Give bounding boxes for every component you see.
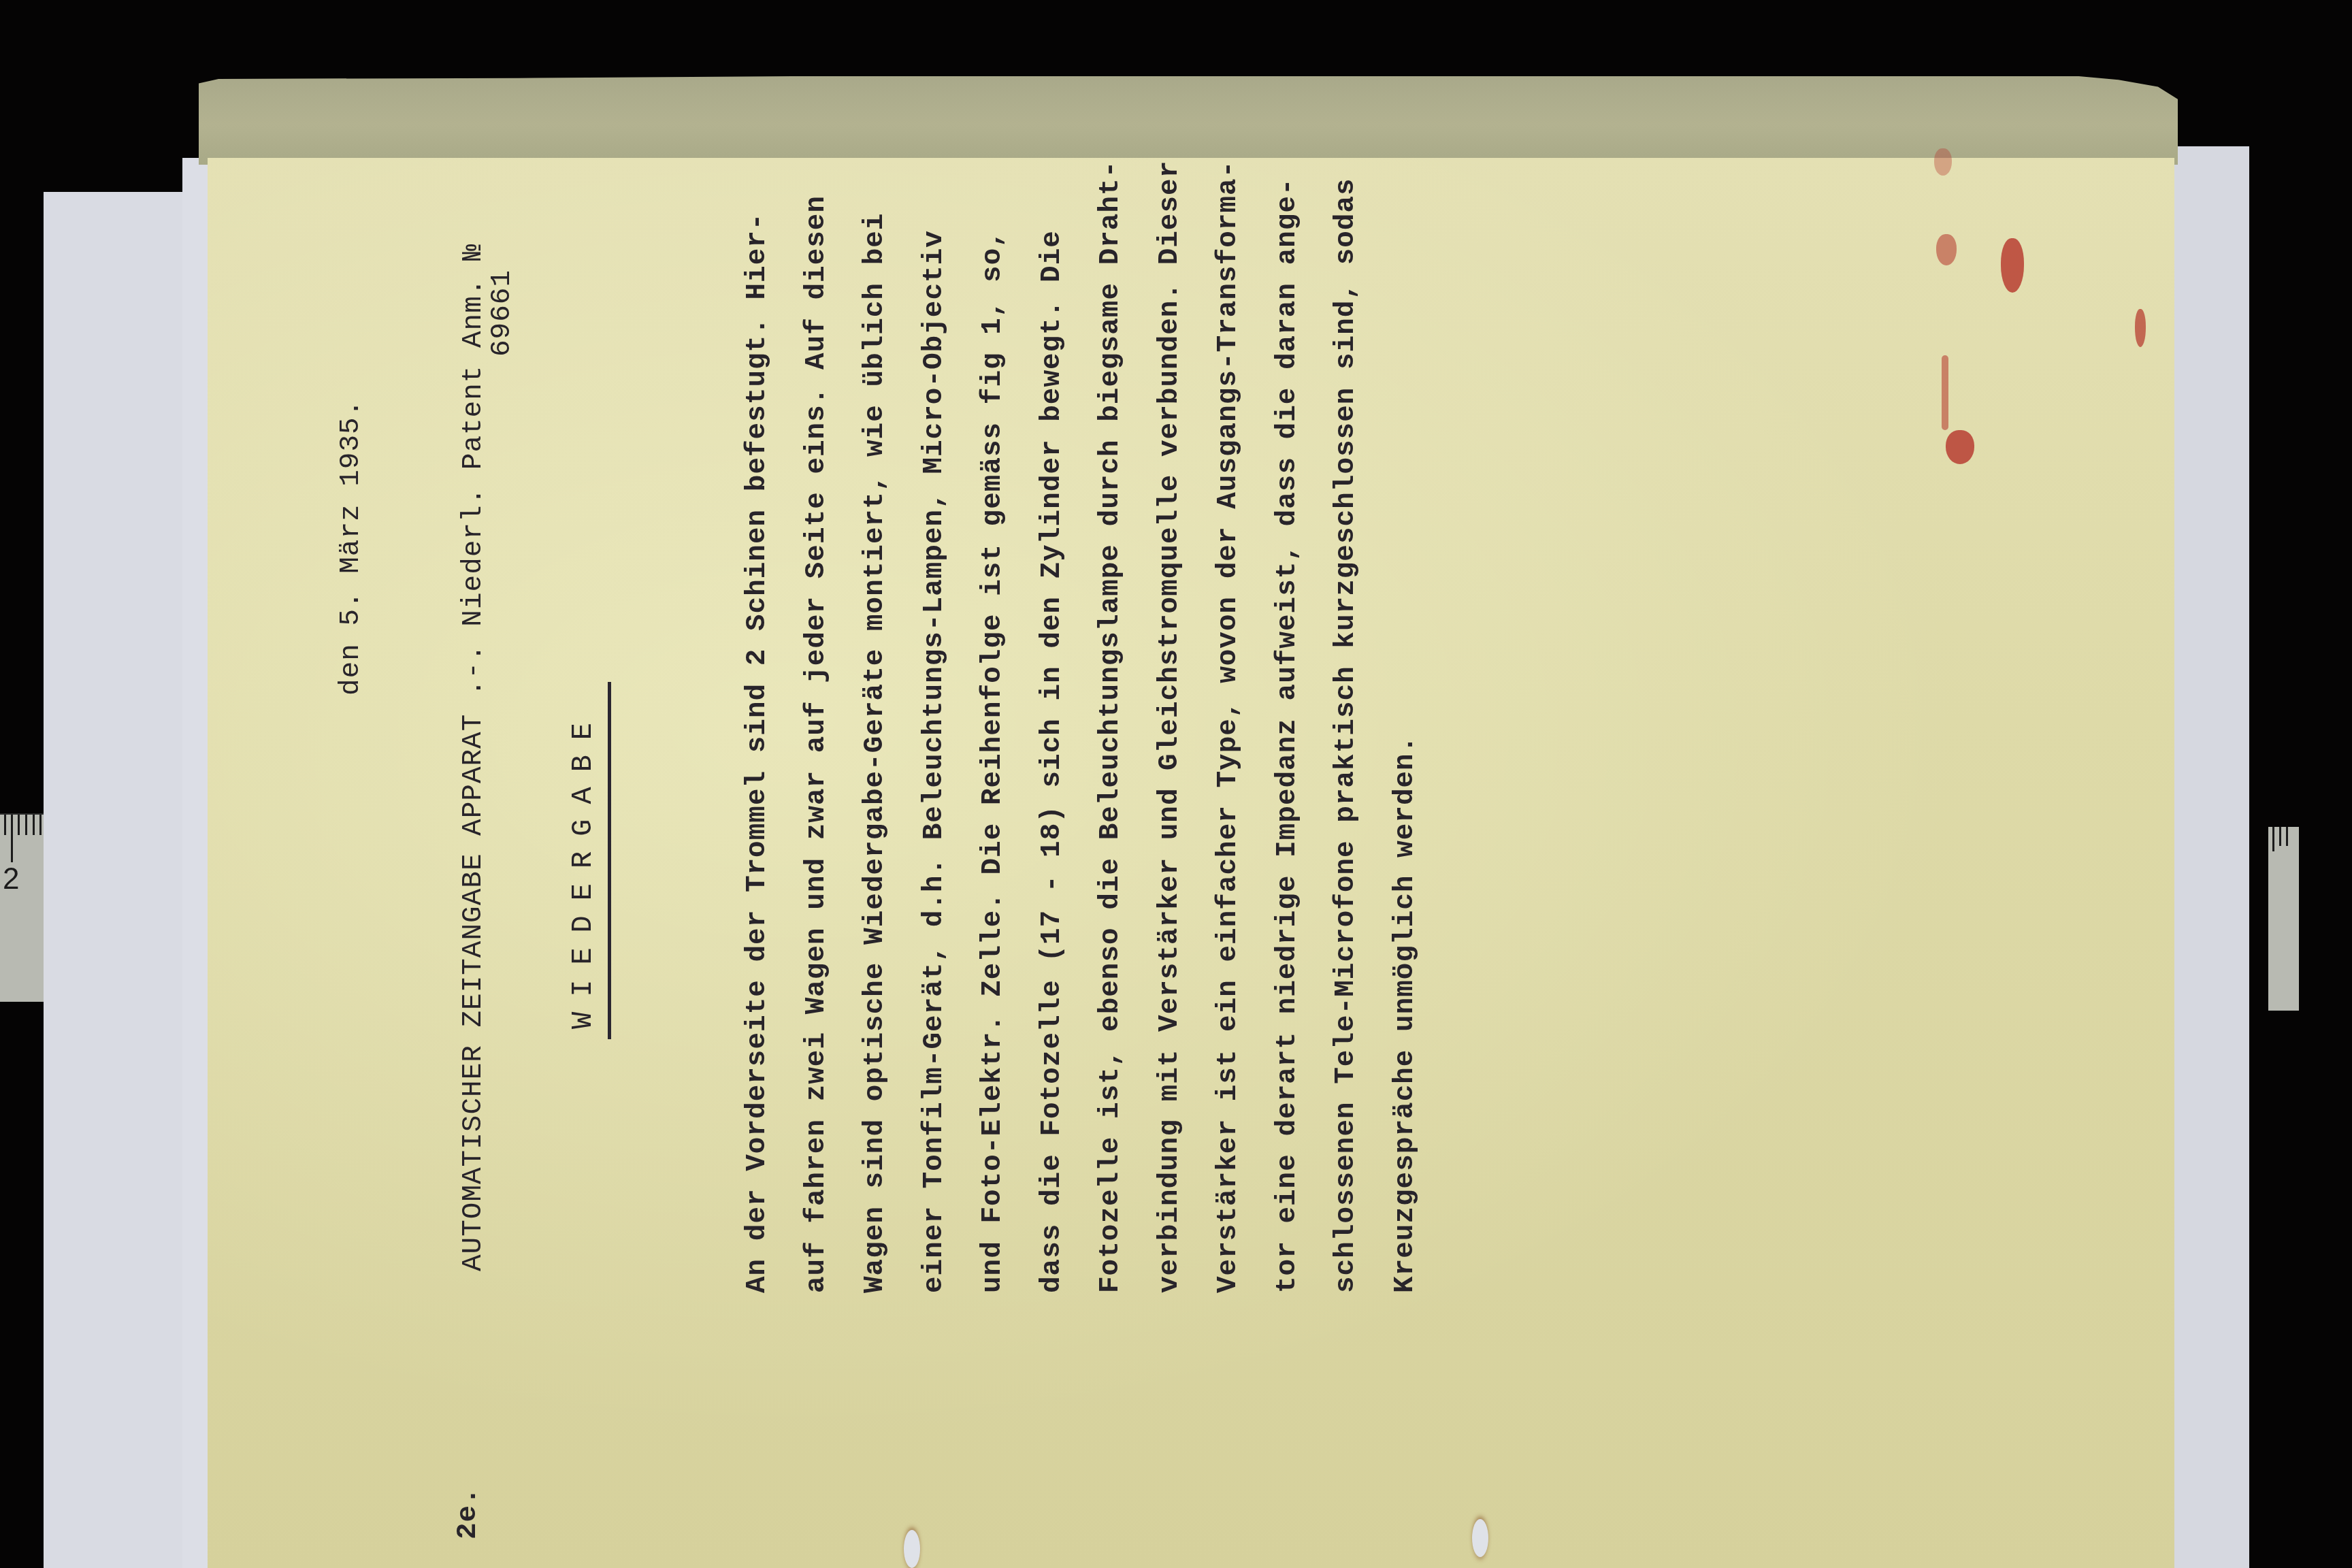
body-line: auf fahren zwei Wagen und zwar auf jeder… (801, 195, 832, 1293)
document-title: AUTOMATISCHER ZEITANGABE APPARAT .-. Nie… (458, 243, 489, 1271)
ruler-tick (33, 815, 35, 835)
red-stain (1936, 234, 1957, 265)
section-heading: WIEDERGABE (567, 708, 600, 1029)
typewritten-page: 2e. den 5. März 1935. AUTOMATISCHER ZEIT… (208, 158, 2174, 1568)
backing-card-right (2171, 146, 2249, 1568)
punch-hole (904, 1530, 920, 1568)
red-stain (1942, 355, 1948, 430)
body-line: tor eine derart niedrige Impedanz aufwei… (1272, 178, 1303, 1293)
red-stain (2001, 238, 2024, 293)
backing-card-left (44, 192, 186, 1568)
scale-ruler-left: 2 (0, 813, 44, 1002)
body-line: dass die Fotozelle (17 - 18) sich in den… (1036, 230, 1068, 1293)
ruler-tick (2272, 827, 2274, 851)
ruler-tick (2279, 827, 2281, 846)
ruler-tick (39, 815, 42, 835)
body-line: und Foto-Elektr. Zelle. Die Reihenfolge … (977, 230, 1009, 1293)
ruler-tick (2286, 827, 2288, 846)
document-date: den 5. März 1935. (336, 399, 367, 696)
patent-number: 69661 (487, 269, 518, 357)
page-marker: 2e. (453, 1487, 484, 1539)
red-stain (2135, 309, 2146, 347)
red-stain (1946, 430, 1974, 464)
ruler-label: 2 (3, 862, 19, 896)
ruler-tick (18, 815, 20, 835)
red-stain (1934, 148, 1952, 176)
body-line: schlossenen Tele-Microfone praktisch kur… (1330, 178, 1362, 1293)
punch-hole (1472, 1519, 1488, 1557)
scale-ruler-right (2268, 827, 2299, 1011)
heading-underline (608, 682, 611, 1039)
body-line: Wagen sind optische Wiedergabe-Geräte mo… (860, 213, 891, 1293)
ruler-tick (11, 815, 13, 862)
ruler-tick (25, 815, 27, 835)
tissue-overlay (199, 76, 2178, 165)
body-line: einer Tonfilm-Gerät, d.h. Beleuchtungs-L… (919, 230, 950, 1293)
body-line: Kreuzgespräche unmöglich werden. (1390, 736, 1421, 1293)
body-line: Verstärker ist ein einfacher Type, wovon… (1213, 161, 1244, 1293)
body-line: Fotozelle ist, ebenso die Beleuchtungsla… (1095, 161, 1126, 1293)
body-line: An der Vorderseite der Trommel sind 2 Sc… (742, 213, 773, 1293)
body-line: verbindung mit Verstärker und Gleichstro… (1154, 161, 1186, 1293)
ruler-tick (4, 815, 6, 835)
